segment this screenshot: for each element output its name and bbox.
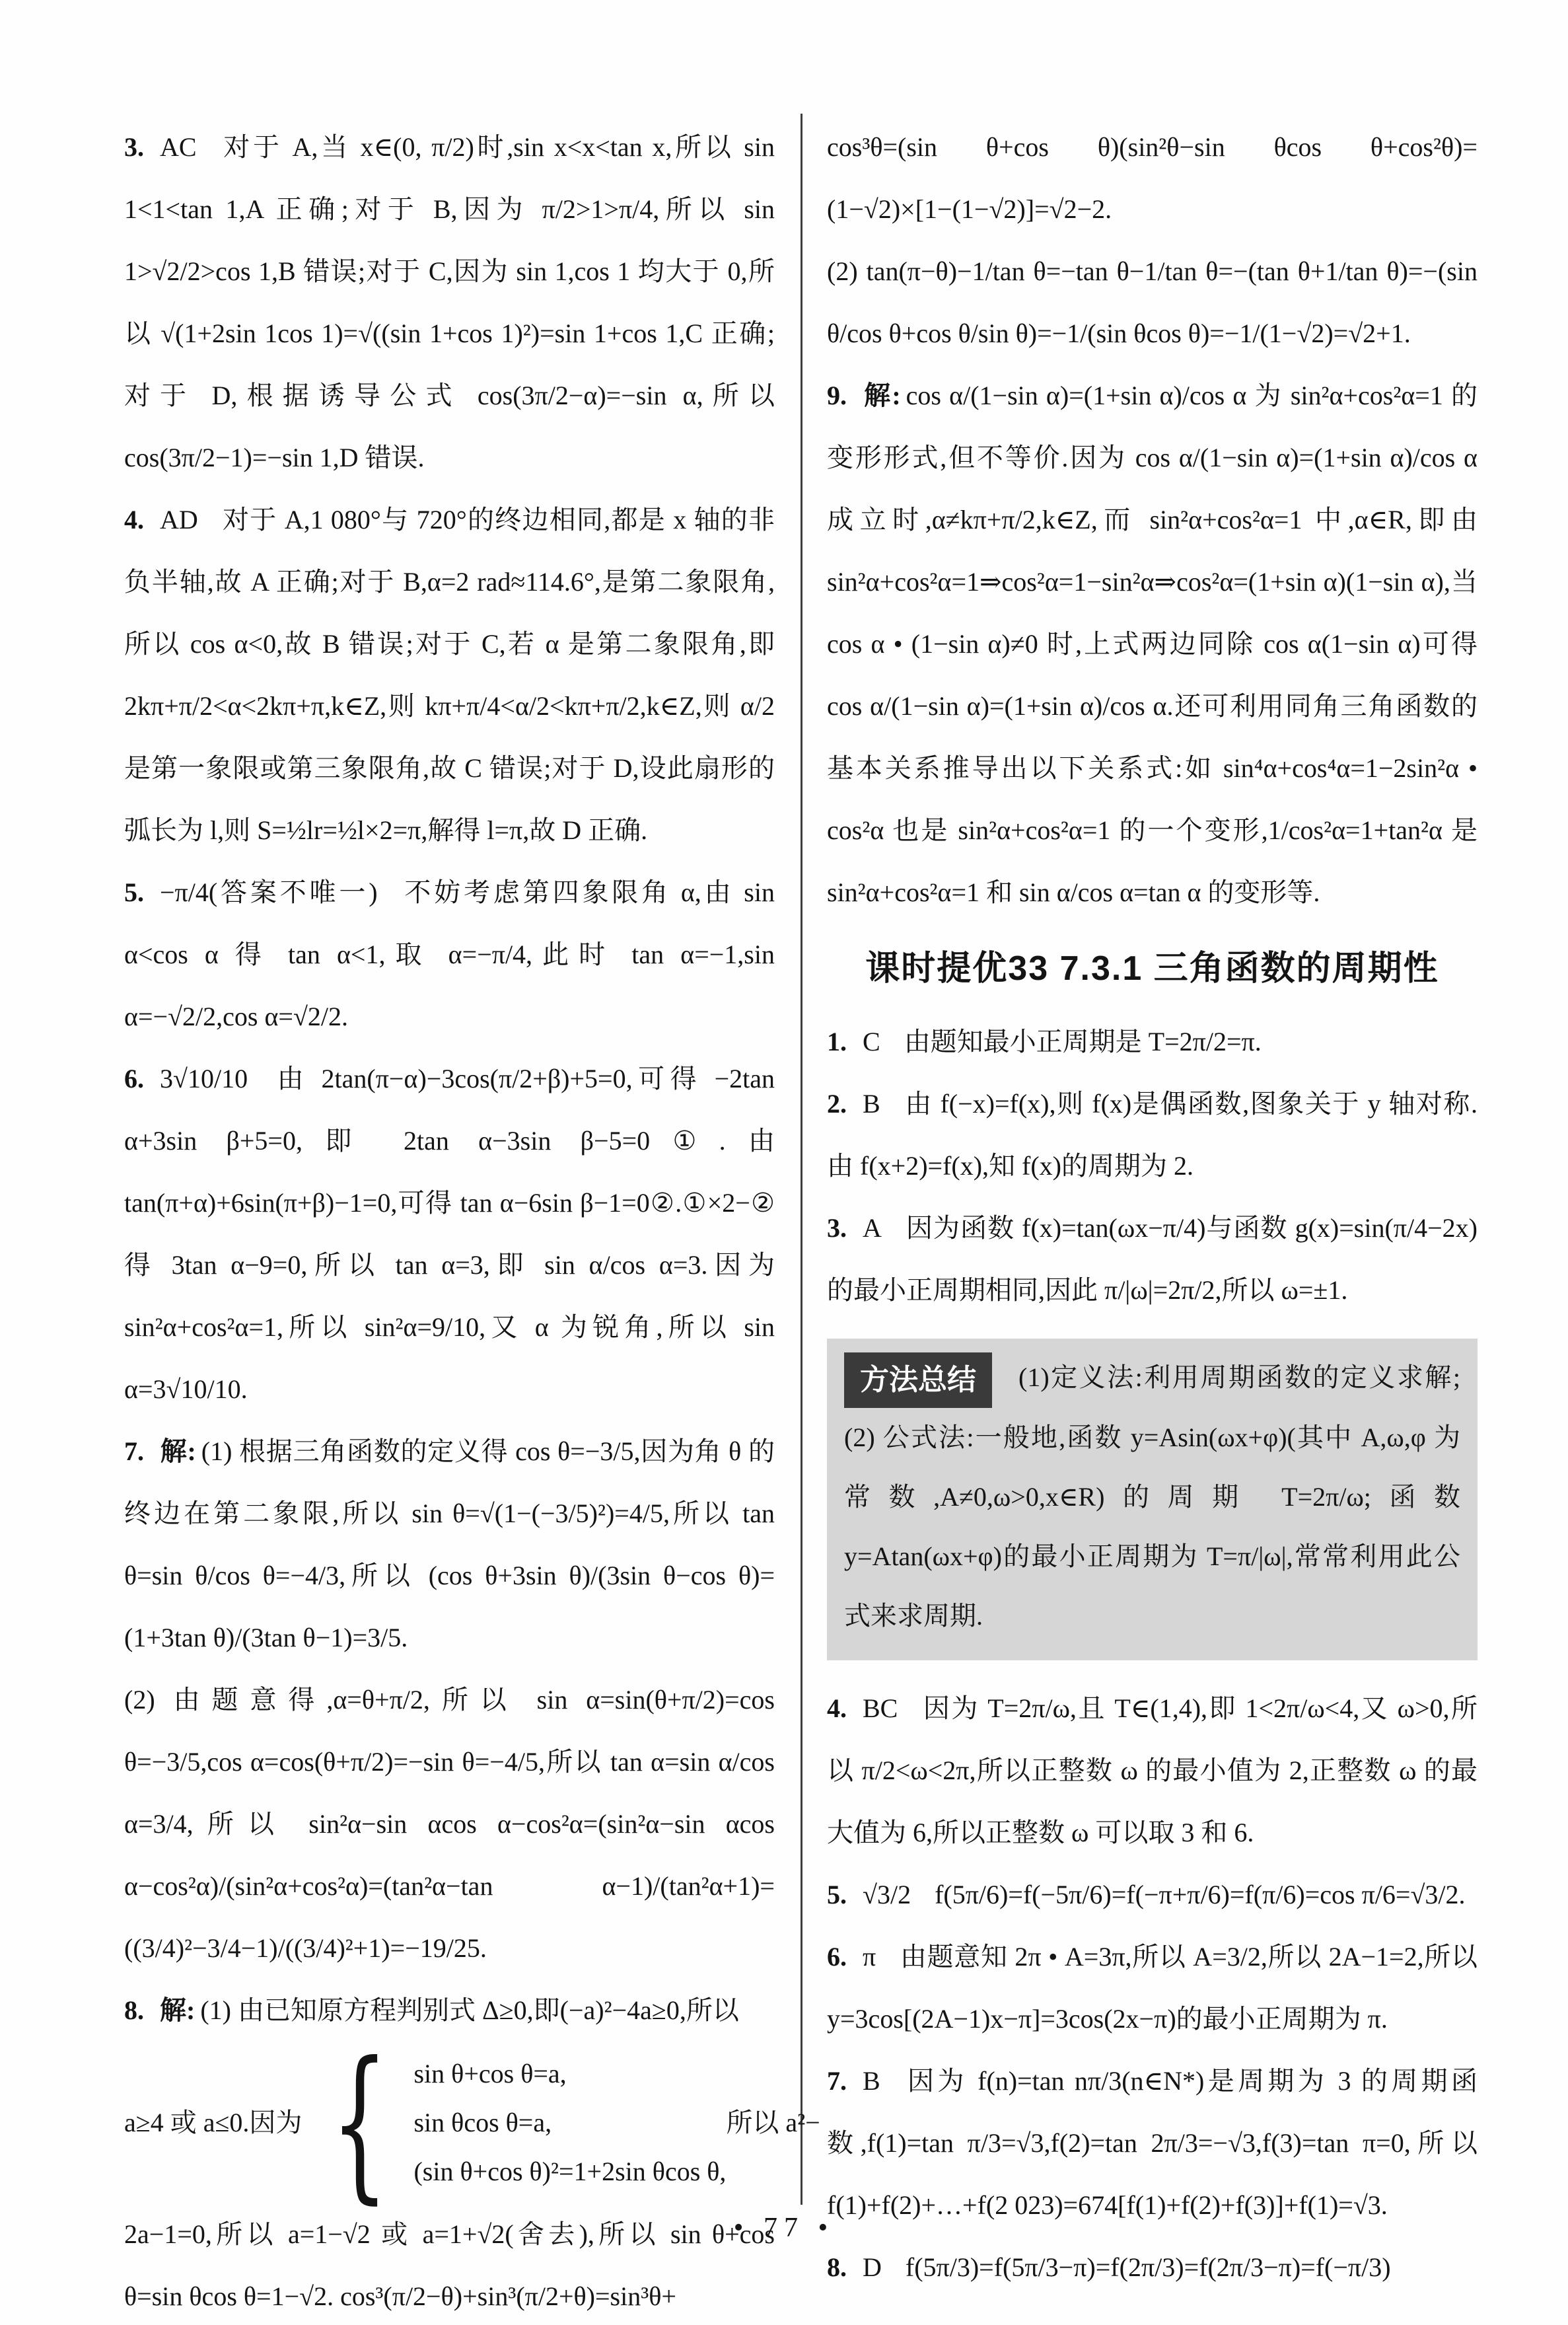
solution-text: 因为函数 f(x)=tan(ωx−π/4)与函数 g(x)=sin(π/4−2x… <box>827 1213 1478 1305</box>
solution-text: (1) 由已知原方程判别式 Δ≥0,即(−a)²−4a≥0,所以 <box>200 1995 739 2025</box>
problem-7-part2: (2) 由题意得,α=θ+π/2,所以 sin α=sin(θ+π/2)=cos… <box>124 1669 775 1979</box>
answer-value: 3√10/10 <box>160 1064 248 1093</box>
problem-6: 6.π由题意知 2π • A=3π,所以 A=3/2,所以 2A−1=2,所以 … <box>827 1926 1478 2050</box>
column-divider <box>801 114 802 2205</box>
answer-letters: B <box>863 1089 880 1119</box>
system-equations: sin θ+cos θ=a, sin θcos θ=a, (sin θ+cos … <box>413 2049 726 2196</box>
textbook-page: 3.AC对于 A,当 x∈(0, π/2)时,sin x<x<tan x,所以 … <box>0 0 1568 2325</box>
brace-icon: { <box>331 2048 388 2197</box>
answer-value: −π/4(答案不唯一) <box>160 877 378 907</box>
method-summary-label: 方法总结 <box>844 1352 992 1408</box>
problem-number: 9. <box>827 381 847 410</box>
solution-text: f(5π/3)=f(5π/3−π)=f(2π/3)=f(2π/3−π)=f(−π… <box>906 2252 1391 2282</box>
problem-number: 5. <box>827 1880 847 1909</box>
problem-5: 5.−π/4(答案不唯一)不妨考虑第四象限角 α,由 sin α<cos α 得… <box>124 862 775 1048</box>
solution-text: (1) 根据三角函数的定义得 cos θ=−3/5,因为角 θ 的终边在第二象限… <box>124 1436 775 1652</box>
problem-2: 2.B由 f(−x)=f(x),则 f(x)是偶函数,图象关于 y 轴对称.由 … <box>827 1073 1478 1197</box>
solution-text: f(5π/6)=f(−5π/6)=f(−π+π/6)=f(π/6)=cos π/… <box>935 1880 1465 1909</box>
system-equation-3: (sin θ+cos θ)²=1+2sin θcos θ, <box>413 2147 726 2196</box>
problem-number: 5. <box>124 877 144 907</box>
system-lead-text: a≥4 或 a≤0.因为 <box>124 2098 302 2147</box>
problem-number: 4. <box>827 1693 847 1723</box>
solution-label: 解: <box>160 1995 195 2025</box>
problem-number: 8. <box>124 1995 144 2025</box>
solution-text: 由 2tan(π−α)−3cos(π/2+β)+5=0,可得 −2tan α+3… <box>124 1064 775 1404</box>
answer-value: √3/2 <box>863 1880 911 1909</box>
problem-number: 8. <box>827 2252 847 2282</box>
problem-number: 6. <box>827 1942 847 1972</box>
solution-text: cos α/(1−sin α)=(1+sin α)/cos α 为 sin²α+… <box>827 381 1478 907</box>
solution-text: (2) tan(π−θ)−1/tan θ=−tan θ−1/tan θ=−(ta… <box>827 256 1478 348</box>
problem-5: 5.√3/2f(5π/6)=f(−5π/6)=f(−π+π/6)=f(π/6)=… <box>827 1864 1478 1926</box>
section-heading: 课时提优33 7.3.1 三角函数的周期性 <box>827 937 1478 1000</box>
system-equation-1: sin θ+cos θ=a, <box>413 2049 726 2098</box>
problem-9: 9.解:cos α/(1−sin α)=(1+sin α)/cos α 为 si… <box>827 365 1478 924</box>
answer-letters: AC <box>160 132 197 162</box>
answer-letters: C <box>863 1027 880 1056</box>
problem-number: 3. <box>124 132 144 162</box>
problem-8-intro: 8.解:(1) 由已知原方程判别式 Δ≥0,即(−a)²−4a≥0,所以 <box>124 1979 775 2042</box>
solution-text: 由 f(−x)=f(x),则 f(x)是偶函数,图象关于 y 轴对称.由 f(x… <box>827 1089 1478 1181</box>
problem-number: 4. <box>124 505 144 535</box>
problem-8-overflow-1: cos³θ=(sin θ+cos θ)(sin²θ−sin θcos θ+cos… <box>827 116 1478 240</box>
solution-label: 解: <box>160 1436 196 1466</box>
solution-text: 由题意知 2π • A=3π,所以 A=3/2,所以 2A−1=2,所以 y=3… <box>827 1942 1478 2034</box>
problem-8: 8.Df(5π/3)=f(5π/3−π)=f(2π/3)=f(2π/3−π)=f… <box>827 2236 1478 2299</box>
answer-value: π <box>863 1942 876 1972</box>
answer-letters: A <box>863 1213 882 1243</box>
problem-3: 3.A因为函数 f(x)=tan(ωx−π/4)与函数 g(x)=sin(π/4… <box>827 1197 1478 1321</box>
answer-letters: B <box>863 2066 880 2096</box>
solution-text: (2) 由题意得,α=θ+π/2,所以 sin α=sin(θ+π/2)=cos… <box>124 1685 775 1963</box>
answer-letters: BC <box>863 1693 898 1723</box>
method-summary-box: 方法总结(1)定义法:利用周期函数的定义求解;(2) 公式法:一般地,函数 y=… <box>827 1339 1478 1660</box>
problem-number: 7. <box>124 1436 144 1466</box>
solution-text: 因为 T=2π/ω,且 T∈(1,4),即 1<2π/ω<4,又 ω>0,所以 … <box>827 1693 1478 1847</box>
right-column: cos³θ=(sin θ+cos θ)(sin²θ−sin θcos θ+cos… <box>827 116 1478 2299</box>
solution-text: 对于 A,1 080°与 720°的终边相同,都是 x 轴的非负半轴,故 A 正… <box>124 505 775 845</box>
left-column: 3.AC对于 A,当 x∈(0, π/2)时,sin x<x<tan x,所以 … <box>124 116 775 2325</box>
problem-number: 7. <box>827 2066 847 2096</box>
system-tail-text: 所以 a²− <box>726 2098 820 2147</box>
equation-system: a≥4 或 a≤0.因为 { sin θ+cos θ=a, sin θcos θ… <box>124 2048 775 2197</box>
solution-text: 因为 f(n)=tan nπ/3(n∈N*)是周期为 3 的周期函数,f(1)=… <box>827 2066 1478 2220</box>
solution-text: cos³θ=(sin θ+cos θ)(sin²θ−sin θcos θ+cos… <box>827 132 1478 224</box>
problem-8-overflow-2: (2) tan(π−θ)−1/tan θ=−tan θ−1/tan θ=−(ta… <box>827 240 1478 365</box>
problem-number: 3. <box>827 1213 847 1243</box>
problem-7-part1: 7.解:(1) 根据三角函数的定义得 cos θ=−3/5,因为角 θ 的终边在… <box>124 1421 775 1669</box>
system-equation-2: sin θcos θ=a, <box>413 2098 726 2147</box>
problem-4: 4.BC因为 T=2π/ω,且 T∈(1,4),即 1<2π/ω<4,又 ω>0… <box>827 1678 1478 1864</box>
problem-7: 7.B因为 f(n)=tan nπ/3(n∈N*)是周期为 3 的周期函数,f(… <box>827 2050 1478 2236</box>
problem-number: 6. <box>124 1064 144 1093</box>
problem-6: 6.3√10/10由 2tan(π−α)−3cos(π/2+β)+5=0,可得 … <box>124 1048 775 1421</box>
solution-text: 对于 A,当 x∈(0, π/2)时,sin x<x<tan x,所以 sin … <box>124 132 775 472</box>
solution-label: 解: <box>863 381 901 410</box>
problem-number: 1. <box>827 1027 847 1056</box>
problem-3: 3.AC对于 A,当 x∈(0, π/2)时,sin x<x<tan x,所以 … <box>124 116 775 489</box>
answer-letters: AD <box>160 505 198 535</box>
problem-4: 4.AD对于 A,1 080°与 720°的终边相同,都是 x 轴的非负半轴,故… <box>124 489 775 862</box>
solution-text: 由题知最小正周期是 T=2π/2=π. <box>904 1027 1262 1056</box>
problem-number: 2. <box>827 1089 847 1119</box>
answer-letters: D <box>863 2252 882 2282</box>
page-number: • 77 • <box>0 2212 1568 2244</box>
problem-1: 1.C由题知最小正周期是 T=2π/2=π. <box>827 1011 1478 1073</box>
